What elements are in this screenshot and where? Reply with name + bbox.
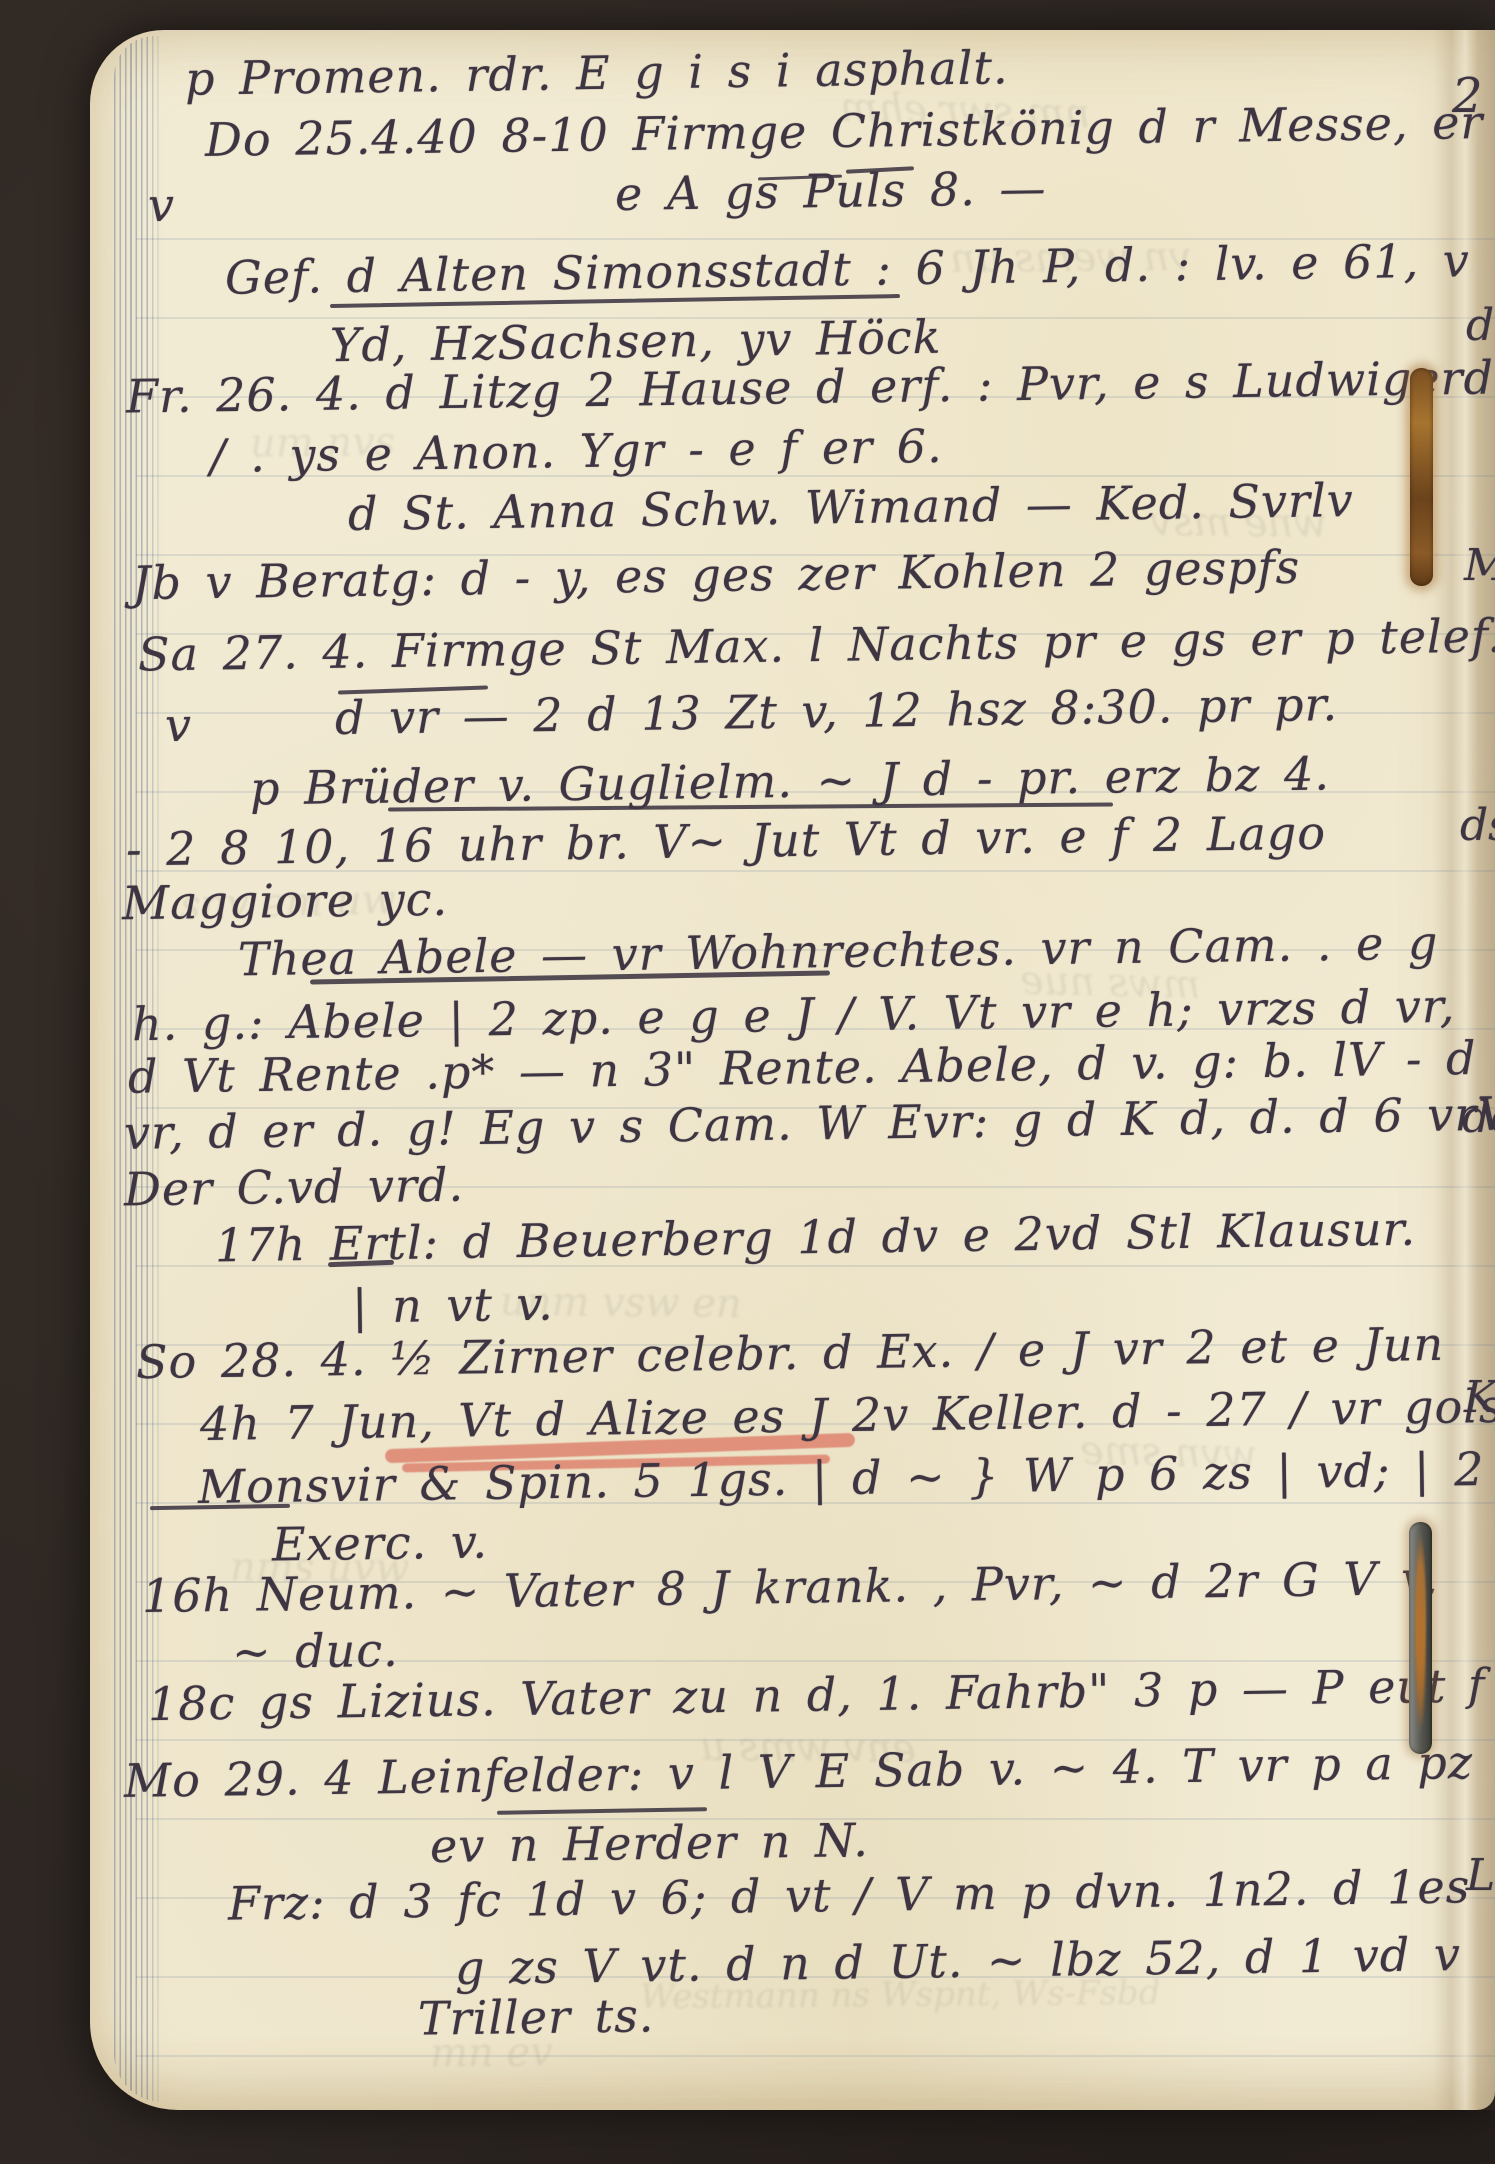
page: 2 xyxy=(90,30,1495,2110)
gutter-crease xyxy=(1433,30,1495,2110)
page-number: 2 xyxy=(1452,68,1483,124)
notebook-scan: 2 nm swr ehmvn wems unum nvswne msvsnv e… xyxy=(0,0,1495,2164)
page-stack-edges xyxy=(114,36,162,2102)
